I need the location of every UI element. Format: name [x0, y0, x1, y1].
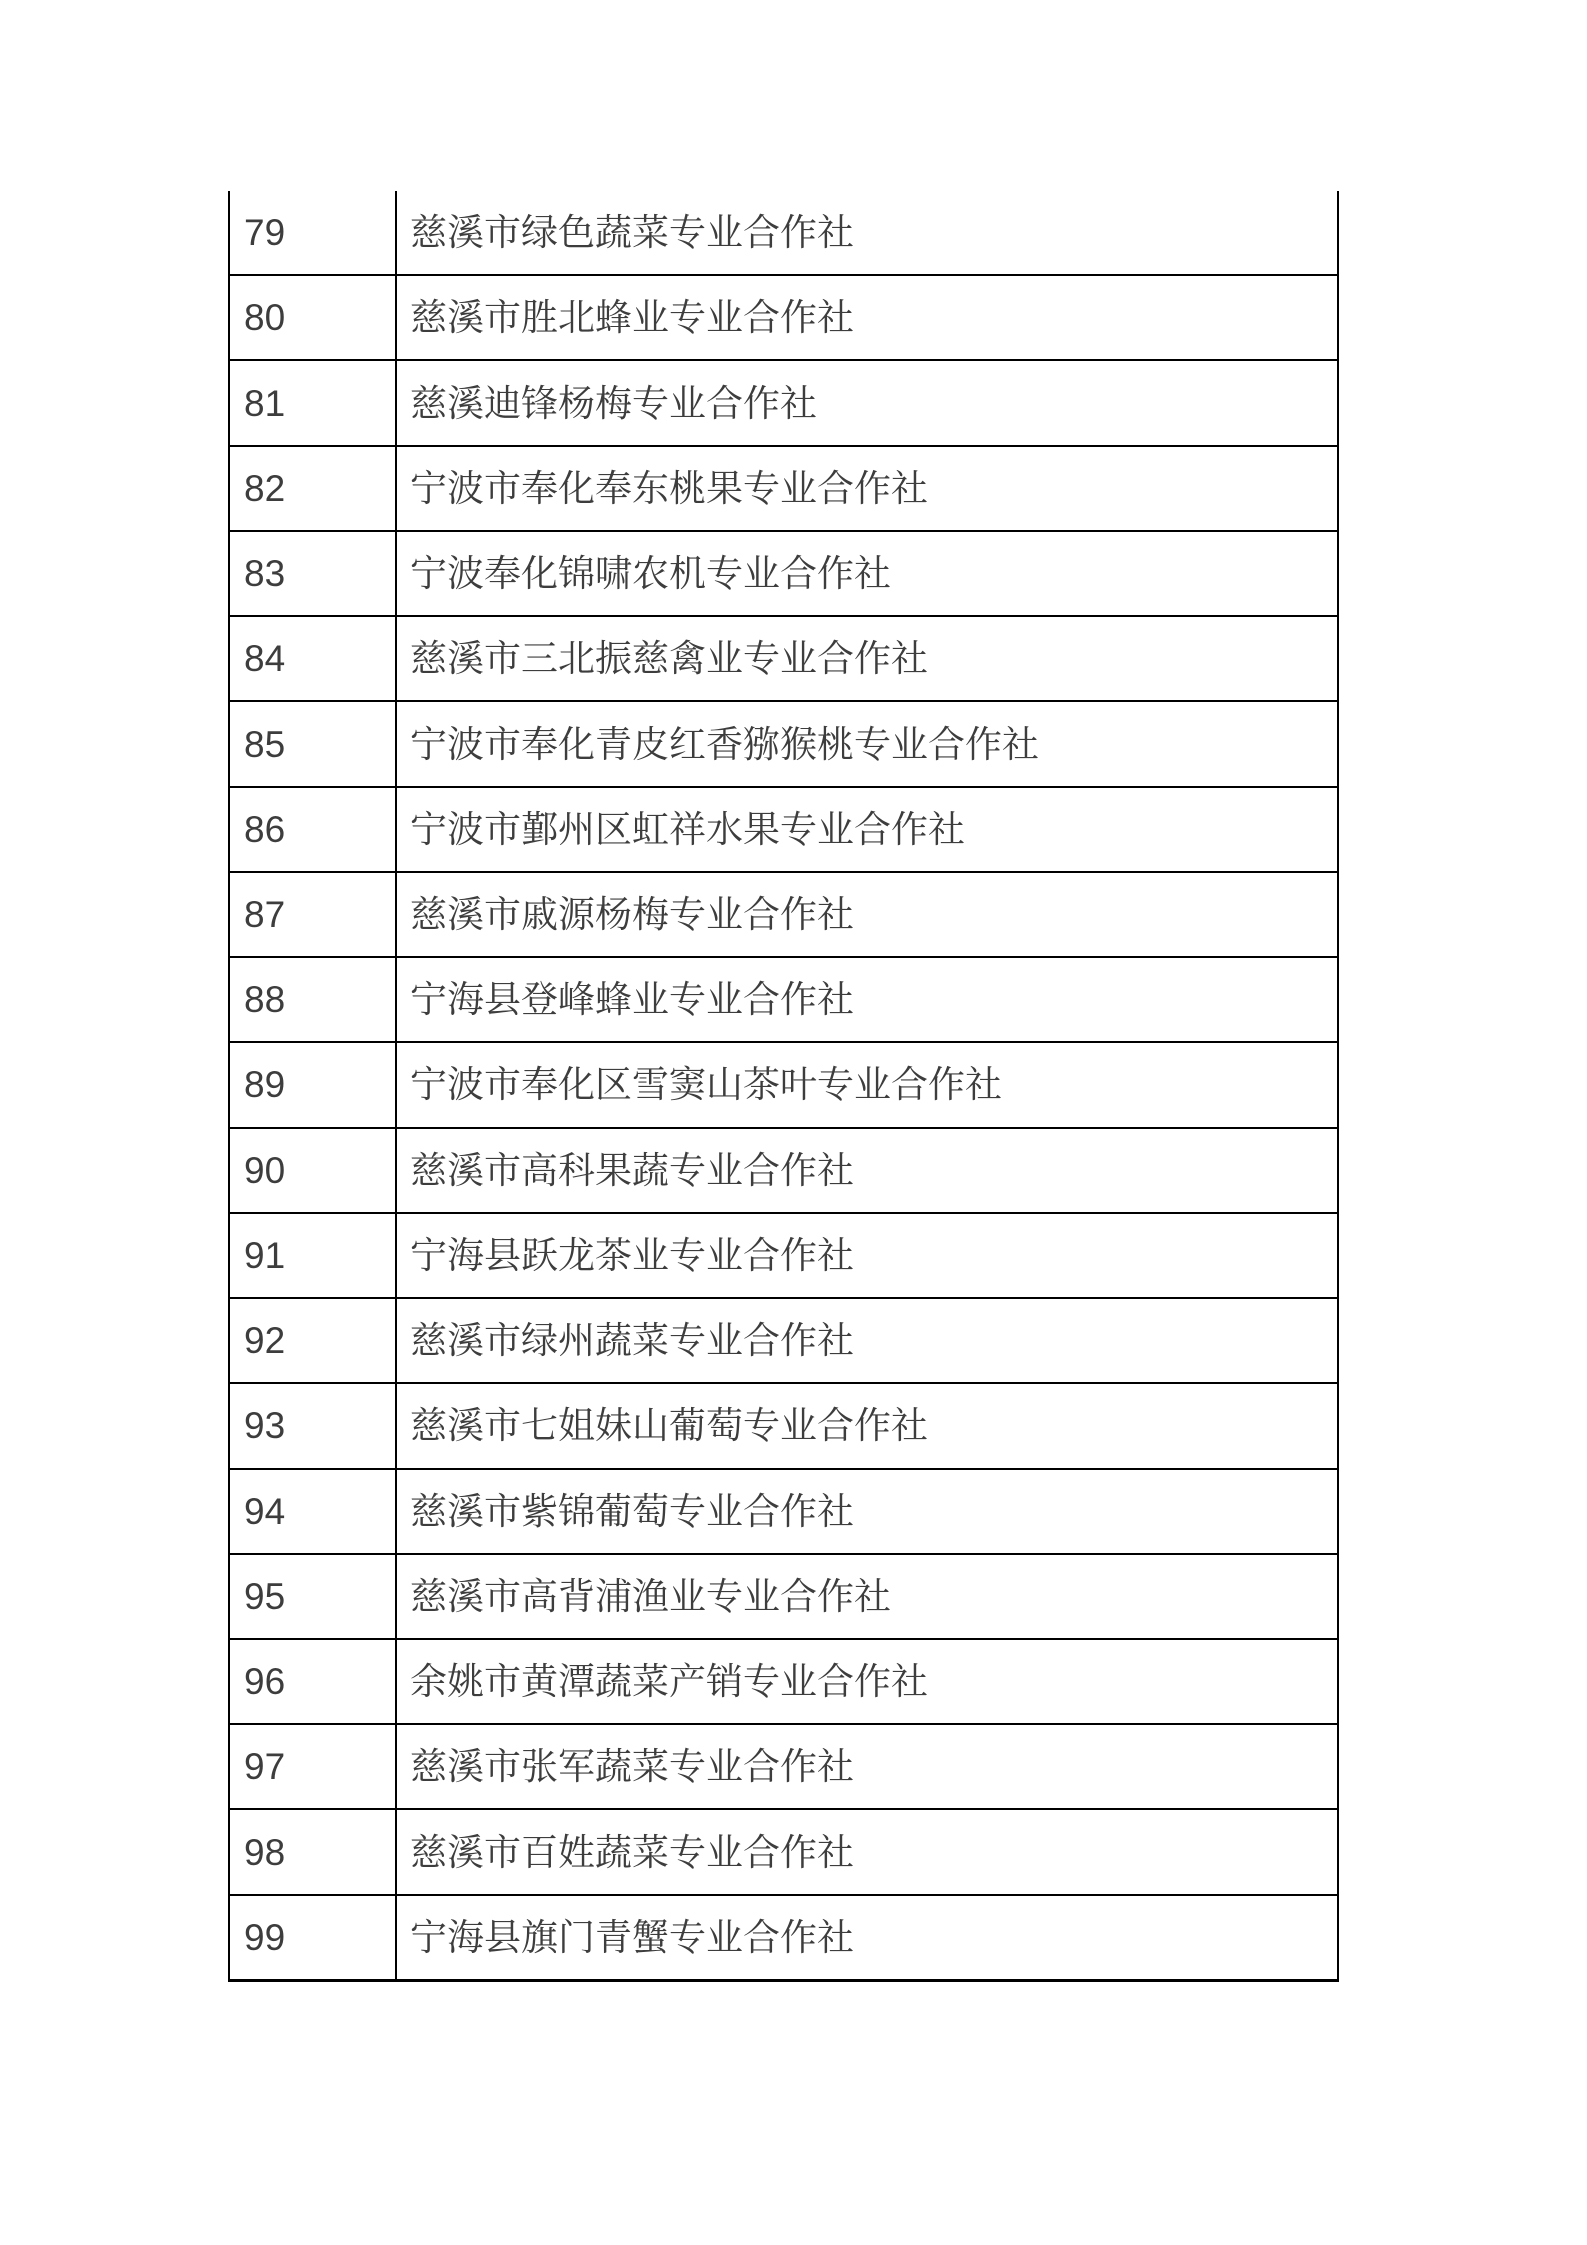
row-number-cell: 90: [230, 1129, 397, 1212]
row-number-cell: 97: [230, 1725, 397, 1808]
row-number-cell: 81: [230, 361, 397, 444]
row-number-cell: 87: [230, 873, 397, 956]
table-row: 81 慈溪迪锋杨梅专业合作社: [230, 361, 1337, 446]
table-row: 91 宁海县跃龙茶业专业合作社: [230, 1214, 1337, 1299]
row-number-cell: 79: [230, 191, 397, 274]
row-number-cell: 89: [230, 1043, 397, 1126]
table-row: 93 慈溪市七姐妹山葡萄专业合作社: [230, 1384, 1337, 1469]
row-name-cell: 宁波市奉化奉东桃果专业合作社: [397, 447, 1337, 530]
row-name-cell: 慈溪市绿州蔬菜专业合作社: [397, 1299, 1337, 1382]
table-row: 90 慈溪市高科果蔬专业合作社: [230, 1129, 1337, 1214]
table-row: 79 慈溪市绿色蔬菜专业合作社: [230, 191, 1337, 276]
table-row: 83 宁波奉化锦啸农机专业合作社: [230, 532, 1337, 617]
cooperatives-table: 79 慈溪市绿色蔬菜专业合作社 80 慈溪市胜北蜂业专业合作社 81 慈溪迪锋杨…: [228, 191, 1339, 1982]
row-number-cell: 99: [230, 1896, 397, 1979]
row-name-cell: 慈溪市高科果蔬专业合作社: [397, 1129, 1337, 1212]
row-name-cell: 慈溪市三北振慈禽业专业合作社: [397, 617, 1337, 700]
row-name-cell: 宁波市奉化青皮红香猕猴桃专业合作社: [397, 702, 1337, 785]
row-number-cell: 94: [230, 1470, 397, 1553]
row-number-cell: 84: [230, 617, 397, 700]
table-row: 85 宁波市奉化青皮红香猕猴桃专业合作社: [230, 702, 1337, 787]
row-name-cell: 慈溪市绿色蔬菜专业合作社: [397, 191, 1337, 274]
table-row: 87 慈溪市戚源杨梅专业合作社: [230, 873, 1337, 958]
document-page: 79 慈溪市绿色蔬菜专业合作社 80 慈溪市胜北蜂业专业合作社 81 慈溪迪锋杨…: [0, 0, 1587, 2245]
row-number-cell: 83: [230, 532, 397, 615]
row-number-cell: 88: [230, 958, 397, 1041]
row-number-cell: 98: [230, 1810, 397, 1893]
table-row: 98 慈溪市百姓蔬菜专业合作社: [230, 1810, 1337, 1895]
row-number-cell: 80: [230, 276, 397, 359]
row-number-cell: 93: [230, 1384, 397, 1467]
row-name-cell: 宁波市鄞州区虹祥水果专业合作社: [397, 788, 1337, 871]
table-row: 95 慈溪市高背浦渔业专业合作社: [230, 1555, 1337, 1640]
row-number-cell: 96: [230, 1640, 397, 1723]
row-name-cell: 宁海县跃龙茶业专业合作社: [397, 1214, 1337, 1297]
row-name-cell: 余姚市黄潭蔬菜产销专业合作社: [397, 1640, 1337, 1723]
row-number-cell: 95: [230, 1555, 397, 1638]
row-name-cell: 慈溪迪锋杨梅专业合作社: [397, 361, 1337, 444]
row-name-cell: 慈溪市百姓蔬菜专业合作社: [397, 1810, 1337, 1893]
table-row: 94 慈溪市紫锦葡萄专业合作社: [230, 1470, 1337, 1555]
row-name-cell: 宁波市奉化区雪窦山茶叶专业合作社: [397, 1043, 1337, 1126]
table-row: 82 宁波市奉化奉东桃果专业合作社: [230, 447, 1337, 532]
row-name-cell: 慈溪市七姐妹山葡萄专业合作社: [397, 1384, 1337, 1467]
table-row: 80 慈溪市胜北蜂业专业合作社: [230, 276, 1337, 361]
row-number-cell: 85: [230, 702, 397, 785]
row-name-cell: 慈溪市张军蔬菜专业合作社: [397, 1725, 1337, 1808]
row-name-cell: 慈溪市胜北蜂业专业合作社: [397, 276, 1337, 359]
table-row: 88 宁海县登峰蜂业专业合作社: [230, 958, 1337, 1043]
row-number-cell: 91: [230, 1214, 397, 1297]
row-name-cell: 慈溪市高背浦渔业专业合作社: [397, 1555, 1337, 1638]
row-name-cell: 慈溪市紫锦葡萄专业合作社: [397, 1470, 1337, 1553]
row-name-cell: 宁海县旗门青蟹专业合作社: [397, 1896, 1337, 1979]
row-name-cell: 宁海县登峰蜂业专业合作社: [397, 958, 1337, 1041]
row-number-cell: 82: [230, 447, 397, 530]
table-row: 84 慈溪市三北振慈禽业专业合作社: [230, 617, 1337, 702]
table-row: 89 宁波市奉化区雪窦山茶叶专业合作社: [230, 1043, 1337, 1128]
table-row: 86 宁波市鄞州区虹祥水果专业合作社: [230, 788, 1337, 873]
table-row: 97 慈溪市张军蔬菜专业合作社: [230, 1725, 1337, 1810]
row-number-cell: 92: [230, 1299, 397, 1382]
table-row: 99 宁海县旗门青蟹专业合作社: [230, 1896, 1337, 1979]
table-row: 92 慈溪市绿州蔬菜专业合作社: [230, 1299, 1337, 1384]
row-number-cell: 86: [230, 788, 397, 871]
row-name-cell: 宁波奉化锦啸农机专业合作社: [397, 532, 1337, 615]
table-row: 96 余姚市黄潭蔬菜产销专业合作社: [230, 1640, 1337, 1725]
row-name-cell: 慈溪市戚源杨梅专业合作社: [397, 873, 1337, 956]
